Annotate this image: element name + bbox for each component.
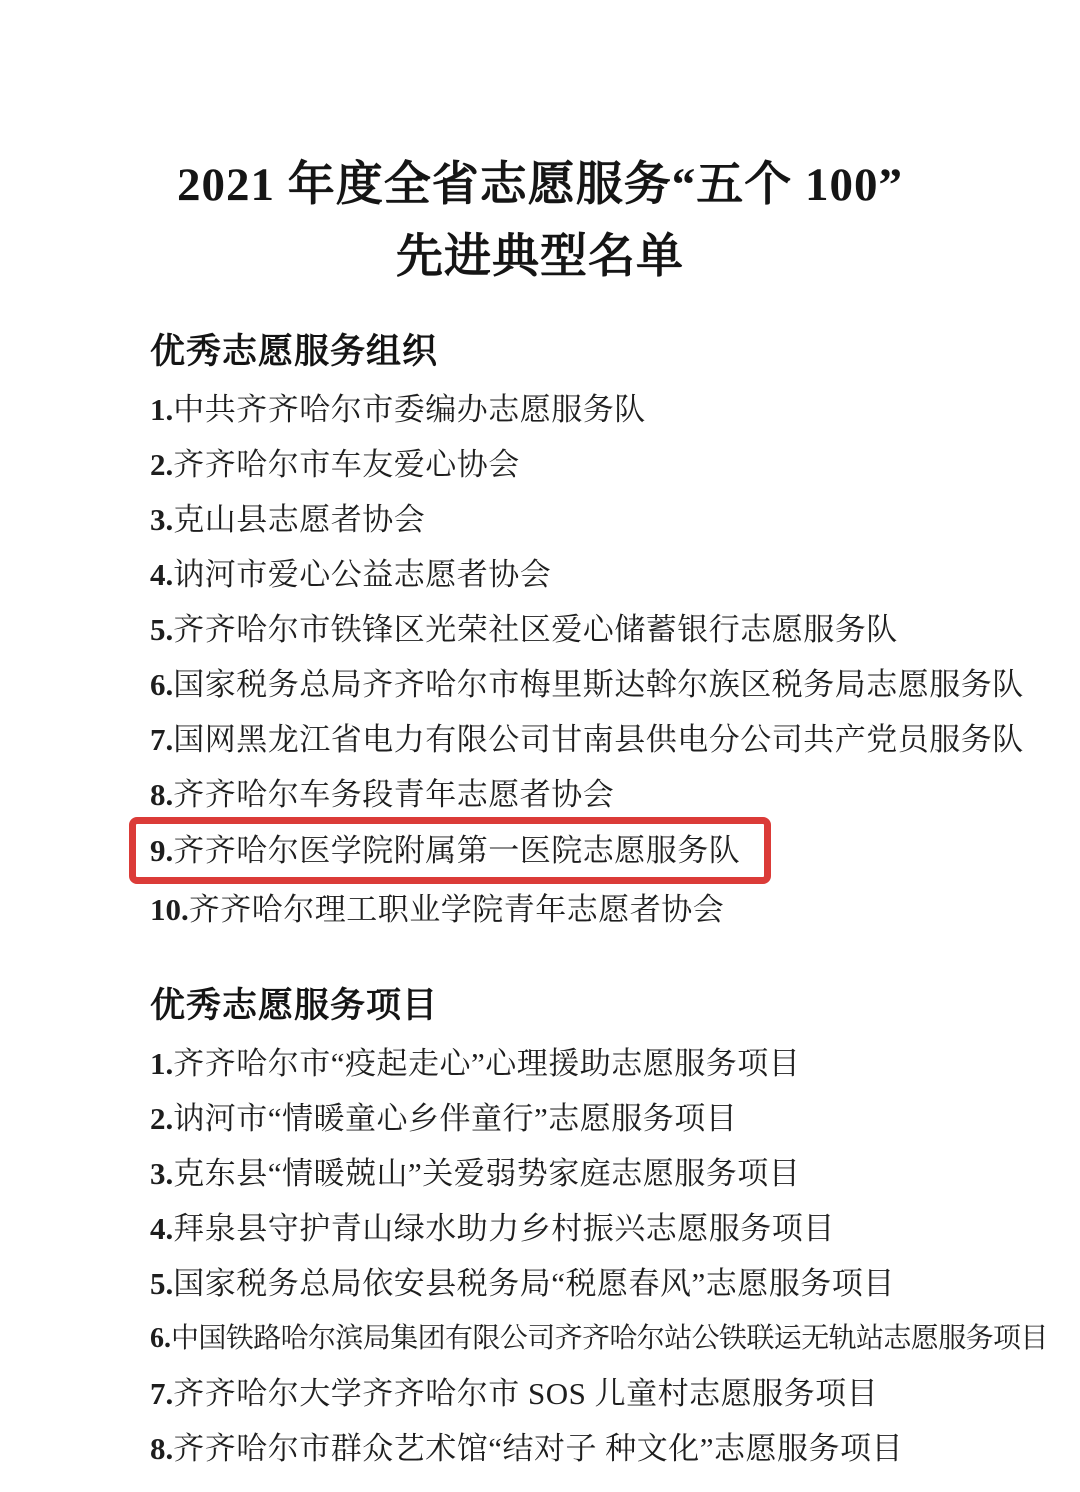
item-number: 4. [150,1211,173,1246]
item-text: 克山县志愿者协会 [173,502,425,537]
section-projects-header: 优秀志愿服务项目 [150,989,1020,1024]
item-text: 国网黑龙江省电力有限公司甘南县供电分公司共产党员服务队 [173,722,1024,757]
document-page: 2021 年度全省志愿服务“五个 100” 先进典型名单 优秀志愿服务组织 1.… [0,0,1080,1492]
list-item-highlighted: 9.齐齐哈尔医学院附属第一医院志愿服务队 [150,817,1020,884]
item-number: 4. [150,557,173,592]
section-organizations-items: 1.中共齐齐哈尔市委编办志愿服务队 2.齐齐哈尔市车友爱心协会 3.克山县志愿者… [150,394,1020,925]
list-item: 6.国家税务总局齐齐哈尔市梅里斯达斡尔族区税务局志愿服务队 [150,669,1020,700]
doc-content: 优秀志愿服务组织 1.中共齐齐哈尔市委编办志愿服务队 2.齐齐哈尔市车友爱心协会… [0,335,1080,1464]
list-item: 2.讷河市“情暖童心乡伴童行”志愿服务项目 [150,1103,1020,1134]
item-number: 1. [150,392,173,427]
list-item: 4.讷河市爱心公益志愿者协会 [150,559,1020,590]
item-number: 2. [150,447,173,482]
doc-title-line-1: 2021 年度全省志愿服务“五个 100” [0,162,1080,209]
item-number: 2. [150,1101,173,1136]
list-item: 7.齐齐哈尔大学齐齐哈尔市 SOS 儿童村志愿服务项目 [150,1378,1020,1409]
list-item: 3.克山县志愿者协会 [150,504,1020,535]
section-organizations-header: 优秀志愿服务组织 [150,335,1020,370]
item-text: 齐齐哈尔大学齐齐哈尔市 SOS 儿童村志愿服务项目 [173,1376,878,1411]
item-number: 7. [150,1376,173,1411]
list-item: 5.齐齐哈尔市铁锋区光荣社区爱心储蓄银行志愿服务队 [150,614,1020,645]
list-item: 6.中国铁路哈尔滨局集团有限公司齐齐哈尔站公铁联运无轨站志愿服务项目 [150,1323,1020,1354]
item-text: 国家税务总局齐齐哈尔市梅里斯达斡尔族区税务局志愿服务队 [173,667,1024,702]
item-text: 齐齐哈尔车务段青年志愿者协会 [173,777,614,812]
list-item: 1.齐齐哈尔市“疫起走心”心理援助志愿服务项目 [150,1048,1020,1079]
item-text: 齐齐哈尔市“疫起走心”心理援助志愿服务项目 [173,1046,800,1081]
item-text: 讷河市爱心公益志愿者协会 [173,557,551,592]
list-item: 2.齐齐哈尔市车友爱心协会 [150,449,1020,480]
item-text: 中共齐齐哈尔市委编办志愿服务队 [173,392,646,427]
item-text: 齐齐哈尔医学院附属第一医院志愿服务队 [173,833,740,868]
list-item: 10.齐齐哈尔理工职业学院青年志愿者协会 [150,894,1020,925]
list-item: 3.克东县“情暖兢山”关爱弱势家庭志愿服务项目 [150,1158,1020,1189]
highlight-box: 9.齐齐哈尔医学院附属第一医院志愿服务队 [129,817,771,884]
item-number: 5. [150,612,173,647]
list-item: 8.齐齐哈尔市群众艺术馆“结对子 种文化”志愿服务项目 [150,1433,1020,1464]
item-text: 齐齐哈尔理工职业学院青年志愿者协会 [189,892,725,927]
item-number: 3. [150,502,173,537]
item-number: 8. [150,1431,173,1466]
list-item: 4.拜泉县守护青山绿水助力乡村振兴志愿服务项目 [150,1213,1020,1244]
item-number: 9. [150,833,173,868]
list-item: 5.国家税务总局依安县税务局“税愿春风”志愿服务项目 [150,1268,1020,1299]
item-number: 1. [150,1046,173,1081]
item-text: 齐齐哈尔市铁锋区光荣社区爱心储蓄银行志愿服务队 [173,612,898,647]
item-number: 6. [150,667,173,702]
item-number: 6. [150,1323,171,1354]
section-organizations: 优秀志愿服务组织 1.中共齐齐哈尔市委编办志愿服务队 2.齐齐哈尔市车友爱心协会… [150,335,1020,925]
section-projects-items: 1.齐齐哈尔市“疫起走心”心理援助志愿服务项目 2.讷河市“情暖童心乡伴童行”志… [150,1048,1020,1464]
item-number: 5. [150,1266,173,1301]
item-text: 拜泉县守护青山绿水助力乡村振兴志愿服务项目 [173,1211,835,1246]
item-text: 国家税务总局依安县税务局“税愿春风”志愿服务项目 [173,1266,895,1301]
item-text: 齐齐哈尔市车友爱心协会 [173,447,520,482]
item-number: 10. [150,892,189,927]
item-text: 克东县“情暖兢山”关爱弱势家庭志愿服务项目 [173,1156,800,1191]
item-number: 8. [150,777,173,812]
list-item: 8.齐齐哈尔车务段青年志愿者协会 [150,779,1020,810]
doc-title: 2021 年度全省志愿服务“五个 100” 先进典型名单 [0,0,1080,281]
section-projects: 优秀志愿服务项目 1.齐齐哈尔市“疫起走心”心理援助志愿服务项目 2.讷河市“情… [150,989,1020,1464]
doc-title-line-2: 先进典型名单 [0,234,1080,281]
item-text: 讷河市“情暖童心乡伴童行”志愿服务项目 [173,1101,737,1136]
item-number: 3. [150,1156,173,1191]
item-text: 中国铁路哈尔滨局集团有限公司齐齐哈尔站公铁联运无轨站志愿服务项目 [171,1323,1048,1354]
item-text: 齐齐哈尔市群众艺术馆“结对子 种文化”志愿服务项目 [173,1431,903,1466]
list-item: 7.国网黑龙江省电力有限公司甘南县供电分公司共产党员服务队 [150,724,1020,755]
item-number: 7. [150,722,173,757]
list-item: 1.中共齐齐哈尔市委编办志愿服务队 [150,394,1020,425]
